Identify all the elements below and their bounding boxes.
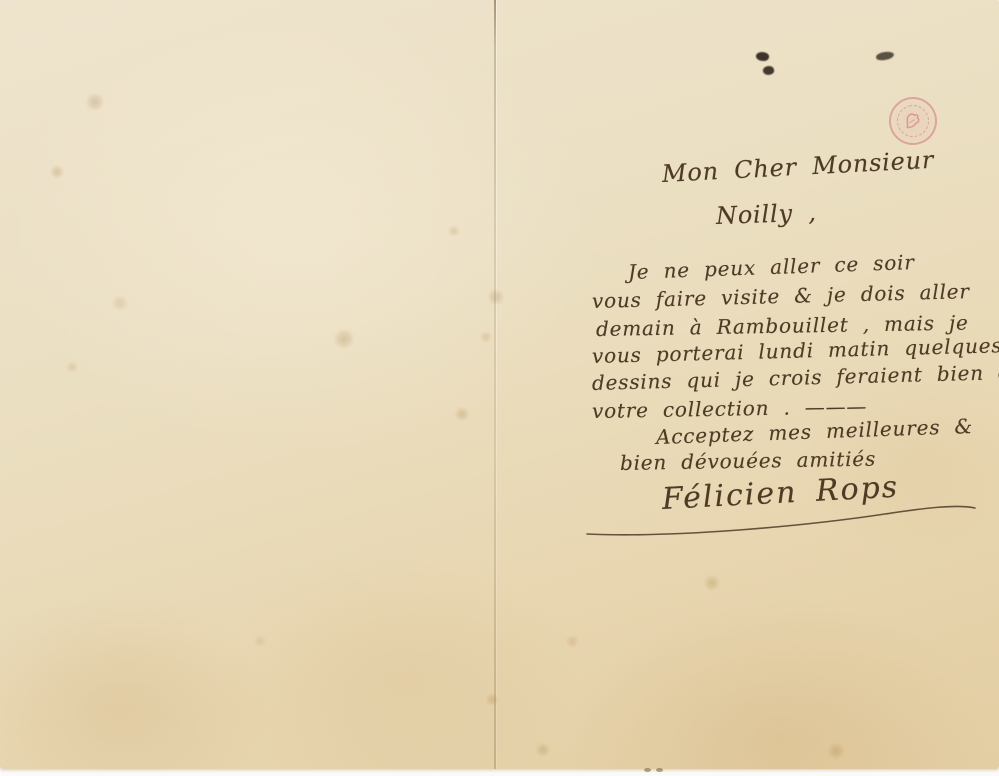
collection-stamp-icon [884, 92, 942, 150]
body-line-1: Je ne peux aller ce soir [628, 250, 915, 284]
ink-smudge [876, 51, 895, 61]
foxing-spot [448, 226, 460, 236]
foxing-spot [566, 636, 579, 647]
center-fold-crease [494, 0, 496, 769]
edge-specks [644, 768, 666, 773]
signature-flourish [585, 496, 977, 538]
closing-line-2: bien dévouées amitiés [620, 447, 876, 475]
foxing-spot [334, 330, 354, 348]
ink-mark [755, 51, 770, 63]
scanned-letter: Mon Cher Monsieur Noilly , Je ne peux al… [0, 0, 999, 776]
foxing-spot [112, 296, 128, 310]
ink-mark [762, 65, 775, 77]
foxing-spot [480, 332, 492, 342]
foxing-spot [50, 166, 64, 178]
letter-paper: Mon Cher Monsieur Noilly , Je ne peux al… [0, 0, 999, 769]
foxing-spot [704, 576, 720, 590]
body-line-2: vous faire visite & je dois aller [592, 279, 970, 313]
foxing-spot [66, 362, 78, 372]
foxing-spot [86, 94, 104, 110]
foxing-spot [828, 744, 844, 758]
salutation-line-2: Noilly , [716, 198, 818, 229]
foxing-spot [488, 290, 504, 304]
foxing-spot [536, 744, 550, 756]
foxing-spot [455, 408, 469, 420]
foxing-spot [486, 694, 498, 705]
salutation-line-1: Mon Cher Monsieur [661, 146, 935, 188]
foxing-spot [254, 636, 266, 646]
